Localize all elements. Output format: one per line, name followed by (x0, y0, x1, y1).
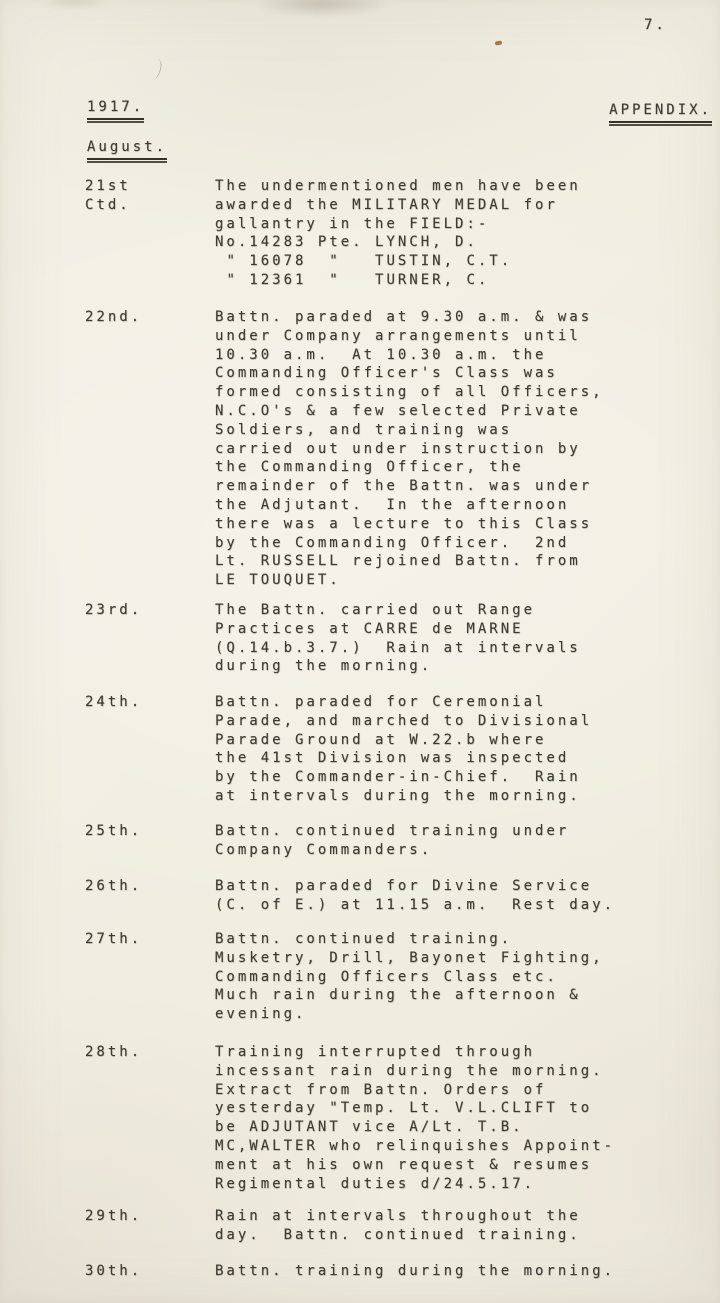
entry-body: The undermentioned men have been awarded… (215, 177, 655, 290)
entry-date: 28th. (85, 1043, 215, 1193)
entry-body: Battn. continued training. Musketry, Dri… (215, 930, 655, 1024)
diary-entry: 26th. Battn. paraded for Divine Service … (85, 877, 670, 915)
month-heading: August. (87, 138, 167, 163)
pen-stroke-mark (146, 57, 162, 81)
entry-date: 25th. (85, 822, 215, 860)
year-heading: 1917. (87, 98, 144, 123)
entry-body: Rain at intervals throughout the day. Ba… (215, 1207, 655, 1245)
appendix-heading: APPENDIX. (609, 101, 712, 126)
entry-date: 23rd. (85, 601, 215, 676)
entry-date: 21st Ctd. (85, 177, 215, 290)
scanned-paper-page: 7. 1917. APPENDIX. August. 21st Ctd. The… (0, 0, 720, 1303)
diary-entry: 25th. Battn. continued training under Co… (85, 822, 670, 860)
page-number: 7. (644, 16, 667, 35)
entry-date: 30th. (85, 1262, 215, 1281)
diary-entry: 22nd. Battn. paraded at 9.30 a.m. & was … (85, 308, 670, 590)
ink-speck (495, 41, 502, 46)
diary-entry: 21st Ctd. The undermentioned men have be… (85, 177, 670, 290)
entry-date: 26th. (85, 877, 215, 915)
entry-date: 27th. (85, 930, 215, 1024)
scan-smudge (252, 0, 392, 18)
entry-body: Battn. paraded at 9.30 a.m. & was under … (215, 308, 655, 590)
entry-date: 22nd. (85, 308, 215, 590)
diary-entry: 30th. Battn. training during the morning… (85, 1262, 670, 1281)
diary-entry: 23rd. The Battn. carried out Range Pract… (85, 601, 670, 676)
diary-entry: 27th. Battn. continued training. Musketr… (85, 930, 670, 1024)
diary-entry: 29th. Rain at intervals throughout the d… (85, 1207, 670, 1245)
scan-smudge (40, 0, 110, 10)
entry-body: Battn. paraded for Ceremonial Parade, an… (215, 693, 655, 806)
entry-date: 29th. (85, 1207, 215, 1245)
entry-body: Battn. continued training under Company … (215, 822, 655, 860)
entry-body: Training interrupted through incessant r… (215, 1043, 655, 1193)
entry-body: Battn. paraded for Divine Service (C. of… (215, 877, 655, 915)
entry-date: 24th. (85, 693, 215, 806)
entry-body: Battn. training during the morning. (215, 1262, 655, 1281)
diary-entry: 24th. Battn. paraded for Ceremonial Para… (85, 693, 670, 806)
entry-body: The Battn. carried out Range Practices a… (215, 601, 655, 676)
diary-entry: 28th. Training interrupted through inces… (85, 1043, 670, 1193)
